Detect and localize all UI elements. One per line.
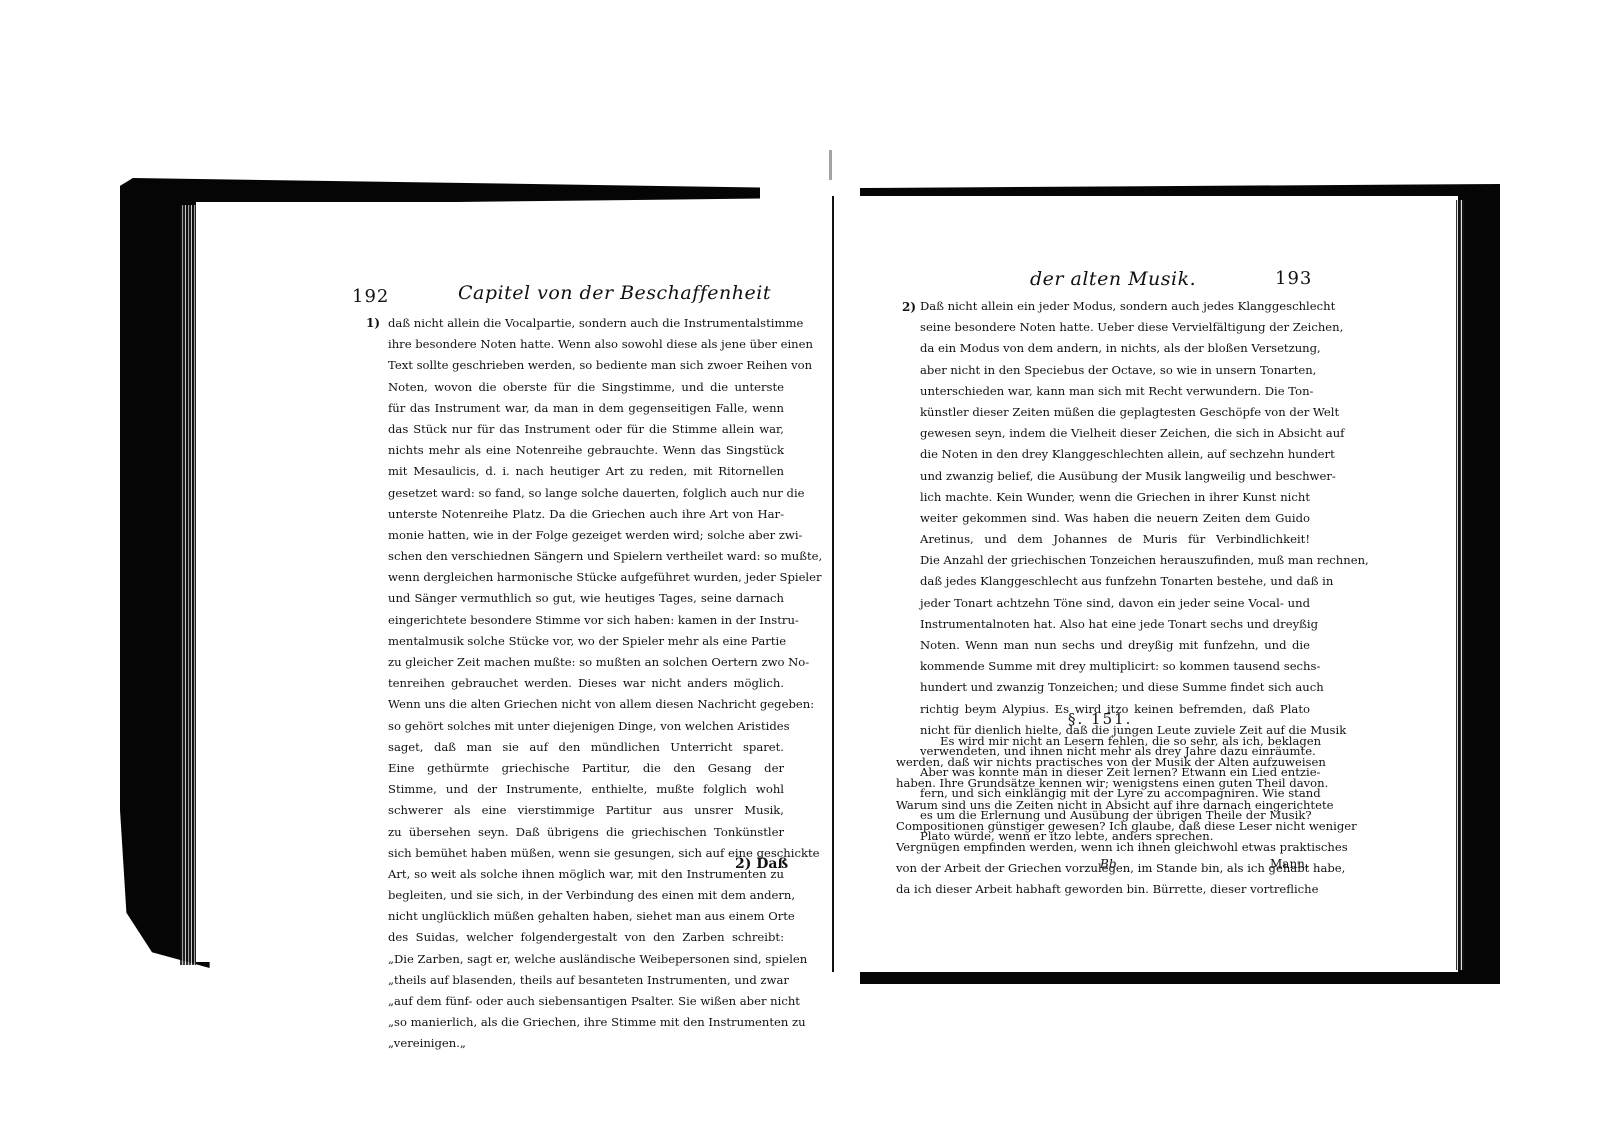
text-line: gewesen seyn, indem die Vielheit dieser … — [920, 423, 1310, 444]
text-line: unterste Notenreihe Platz. Da die Griech… — [388, 504, 784, 525]
text-line: Wenn uns die alten Griechen nicht von al… — [388, 694, 784, 715]
text-line: wenn dergleichen harmonische Stücke aufg… — [388, 567, 784, 588]
text-line: daß nicht allein die Vocalpartie, sonder… — [388, 313, 784, 334]
section-151-body: Es wird mir nicht an Lesern fehlen, die … — [896, 731, 1310, 901]
text-line: Noten, wovon die oberste für die Singsti… — [388, 377, 784, 398]
text-line: Eine gethürmte griechische Partitur, die… — [388, 758, 784, 779]
text-line: nichts mehr als eine Notenreihe gebrauch… — [388, 440, 784, 461]
text-line: mit Mesaulicis, d. i. nach heutiger Art … — [388, 461, 784, 482]
gutter-mark — [829, 150, 832, 180]
text-line: das Stück nur für das Instrument oder fü… — [388, 419, 784, 440]
running-head-left: Capitel von der Beschaffenheit — [458, 282, 771, 304]
text-line: künstler dieser Zeiten müßen die geplagt… — [920, 402, 1310, 423]
text-line: „theils auf blasenden, theils auf besant… — [388, 970, 784, 991]
footnote-marker-left: 1) — [366, 316, 380, 330]
text-line: ihre besondere Noten hatte. Wenn also so… — [388, 334, 784, 355]
text-line: daß jedes Klanggeschlecht aus funfzehn T… — [920, 571, 1310, 592]
text-line: jeder Tonart achtzehn Töne sind, davon e… — [920, 593, 1310, 614]
text-line: die Noten in den drey Klanggeschlechten … — [920, 444, 1310, 465]
right-page-edges — [1456, 200, 1464, 970]
text-line: Instrumentalnoten hat. Also hat eine jed… — [920, 614, 1310, 635]
text-line: Vergnügen empfinden werden, wenn ich ihn… — [896, 837, 1310, 858]
text-line: Noten. Wenn man nun sechs und dreyßig mi… — [920, 635, 1310, 656]
page-number-left: 192 — [352, 286, 389, 307]
text-line: hundert und zwanzig Tonzeichen; und dies… — [920, 677, 1310, 698]
text-line: kommende Summe mit drey multiplicirt: so… — [920, 656, 1310, 677]
text-line: weiter gekommen sind. Was haben die neue… — [920, 508, 1310, 529]
text-line: und zwanzig belief, die Ausübung der Mus… — [920, 466, 1310, 487]
text-line: schwerer als eine vierstimmige Partitur … — [388, 800, 784, 821]
left-page-edges — [180, 205, 196, 965]
running-head-right: der alten Musik. — [1030, 268, 1196, 290]
text-line: mentalmusik solche Stücke vor, wo der Sp… — [388, 631, 784, 652]
signature-mark: Bb — [1100, 857, 1117, 871]
text-line: schen den verschiednen Sängern und Spiel… — [388, 546, 784, 567]
catchword-left: 2) Daß — [735, 856, 788, 872]
text-line: Warum sind uns die Zeiten nicht in Absic… — [896, 795, 1310, 816]
text-line: Stimme, und der Instrumente, enthielte, … — [388, 779, 784, 800]
text-line: „auf dem fünf- oder auch siebensantigen … — [388, 991, 784, 1012]
text-line: nicht unglücklich müßen gehalten haben, … — [388, 906, 784, 927]
text-line: zu gleicher Zeit machen mußte: so mußten… — [388, 652, 784, 673]
left-page-body: daß nicht allein die Vocalpartie, sonder… — [388, 313, 784, 1055]
text-line: sich bemühet haben müßen, wenn sie gesun… — [388, 843, 784, 864]
text-line: so gehört solches mit unter diejenigen D… — [388, 716, 784, 737]
text-line: begleiten, und sie sich, in der Verbindu… — [388, 885, 784, 906]
text-line: „so manierlich, als die Griechen, ihre S… — [388, 1012, 784, 1033]
text-line: Daß nicht allein ein jeder Modus, sonder… — [920, 296, 1310, 317]
text-line: Art, so weit als solche ihnen möglich wa… — [388, 864, 784, 885]
text-line: des Suidas, welcher folgendergestalt von… — [388, 927, 784, 948]
text-line: monie hatten, wie in der Folge gezeiget … — [388, 525, 784, 546]
text-line: seine besondere Noten hatte. Ueber diese… — [920, 317, 1310, 338]
text-line: aber nicht in den Speciebus der Octave, … — [920, 360, 1310, 381]
catchword-right: Mann, — [1270, 857, 1309, 871]
text-line: Es wird mir nicht an Lesern fehlen, die … — [896, 731, 1310, 752]
text-line: „vereinigen.„ — [388, 1033, 784, 1054]
text-line: Compositionen günstiger gewesen? Ich gla… — [896, 816, 1310, 837]
footnote-marker-right: 2) — [902, 300, 916, 314]
text-line: „Die Zarben, sagt er, welche ausländisch… — [388, 949, 784, 970]
text-line: unterschieden war, kann man sich mit Rec… — [920, 381, 1310, 402]
text-line: lich machte. Kein Wunder, wenn die Griec… — [920, 487, 1310, 508]
page-number-right: 193 — [1275, 268, 1312, 289]
text-line: zu übersehen seyn. Daß übrigens die grie… — [388, 822, 784, 843]
text-line: Die Anzahl der griechischen Tonzeichen h… — [920, 550, 1310, 571]
text-line: Text sollte geschrieben werden, so bedie… — [388, 355, 784, 376]
section-heading: §. 151. — [1068, 710, 1132, 728]
text-line: da ich dieser Arbeit habhaft geworden bi… — [896, 879, 1310, 900]
text-line: für das Instrument war, da man in dem ge… — [388, 398, 784, 419]
text-line: werden, daß wir nichts practisches von d… — [896, 752, 1310, 773]
text-line: haben. Ihre Grundsätze kennen wir; wenig… — [896, 773, 1310, 794]
text-line: Aretinus, und dem Johannes de Muris für … — [920, 529, 1310, 550]
text-line: da ein Modus von dem andern, in nichts, … — [920, 338, 1310, 359]
text-line: gesetzet ward: so fand, so lange solche … — [388, 483, 784, 504]
text-line: tenreihen gebrauchet werden. Dieses war … — [388, 673, 784, 694]
text-line: eingerichtete besondere Stimme vor sich … — [388, 610, 784, 631]
text-line: saget, daß man sie auf den mündlichen Un… — [388, 737, 784, 758]
text-line: und Sänger vermuthlich so gut, wie heuti… — [388, 588, 784, 609]
